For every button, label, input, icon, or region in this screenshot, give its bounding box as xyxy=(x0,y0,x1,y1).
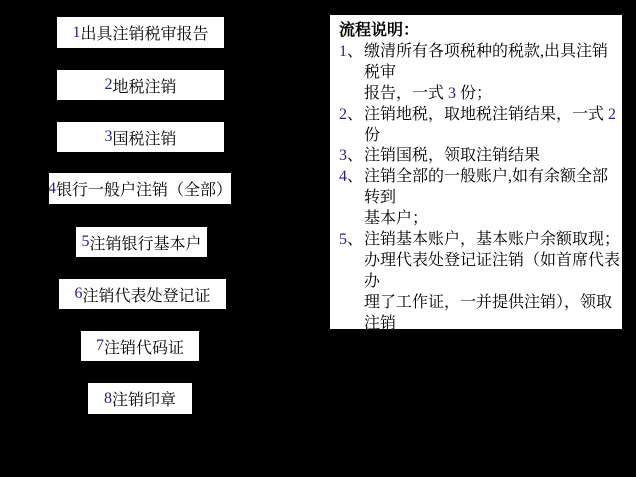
note-text: 注销国税，领取注销结果 xyxy=(364,147,540,164)
process-notes-title: 流程说明： xyxy=(330,21,622,42)
note-item-2: 2、 注销地税，取地税注销结果，一式 2 份 xyxy=(330,105,622,147)
note-text: 注销全部的一般账户,如有余额全部转到 基本户； xyxy=(364,168,608,227)
process-notes-panel: 流程说明： 1、 缴清所有各项税种的税款,出具注销税审 报告，一式 3 份； 2… xyxy=(330,15,622,329)
flow-step-4: 4 银行一般户注销（全部） xyxy=(49,173,231,204)
deregistration-flowchart: 1 出具注销税审报告 2 地税注销 3 国税注销 4 银行一般户注销（全部） 5… xyxy=(0,0,636,477)
note-number: 1、 xyxy=(339,42,363,63)
flow-step-7: 7 注销代码证 xyxy=(81,331,199,361)
flow-step-8: 8 注销印章 xyxy=(88,383,192,414)
note-item-4: 4、 注销全部的一般账户,如有余额全部转到 基本户； xyxy=(330,167,622,230)
note-text: 缴清所有各项税种的税款,出具注销税审 报告，一式 3 份； xyxy=(364,43,608,102)
flow-step-2: 2 地税注销 xyxy=(57,70,224,100)
note-text: 注销基本账户，基本账户余额取现； 办理代表处登记证注销（如首席代表办 理了工作证… xyxy=(364,231,620,329)
note-text: 注销地税，取地税注销结果，一式 2 份 xyxy=(364,106,620,144)
note-item-1: 1、 缴清所有各项税种的税款,出具注销税审 报告，一式 3 份； xyxy=(330,42,622,105)
note-item-5: 5、 注销基本账户，基本账户余额取现； 办理代表处登记证注销（如首席代表办 理了… xyxy=(330,230,622,329)
note-number: 3、 xyxy=(339,146,363,167)
note-number: 5、 xyxy=(339,230,363,251)
flow-step-6: 6 注销代表处登记证 xyxy=(59,279,226,309)
note-number: 4、 xyxy=(339,167,363,188)
flow-step-3: 3 国税注销 xyxy=(57,122,224,152)
note-item-3: 3、 注销国税，领取注销结果 xyxy=(330,146,622,167)
flow-step-5: 5 注销银行基本户 xyxy=(76,227,207,257)
note-number: 2、 xyxy=(339,105,363,126)
flow-step-1: 1 出具注销税审报告 xyxy=(57,17,224,48)
